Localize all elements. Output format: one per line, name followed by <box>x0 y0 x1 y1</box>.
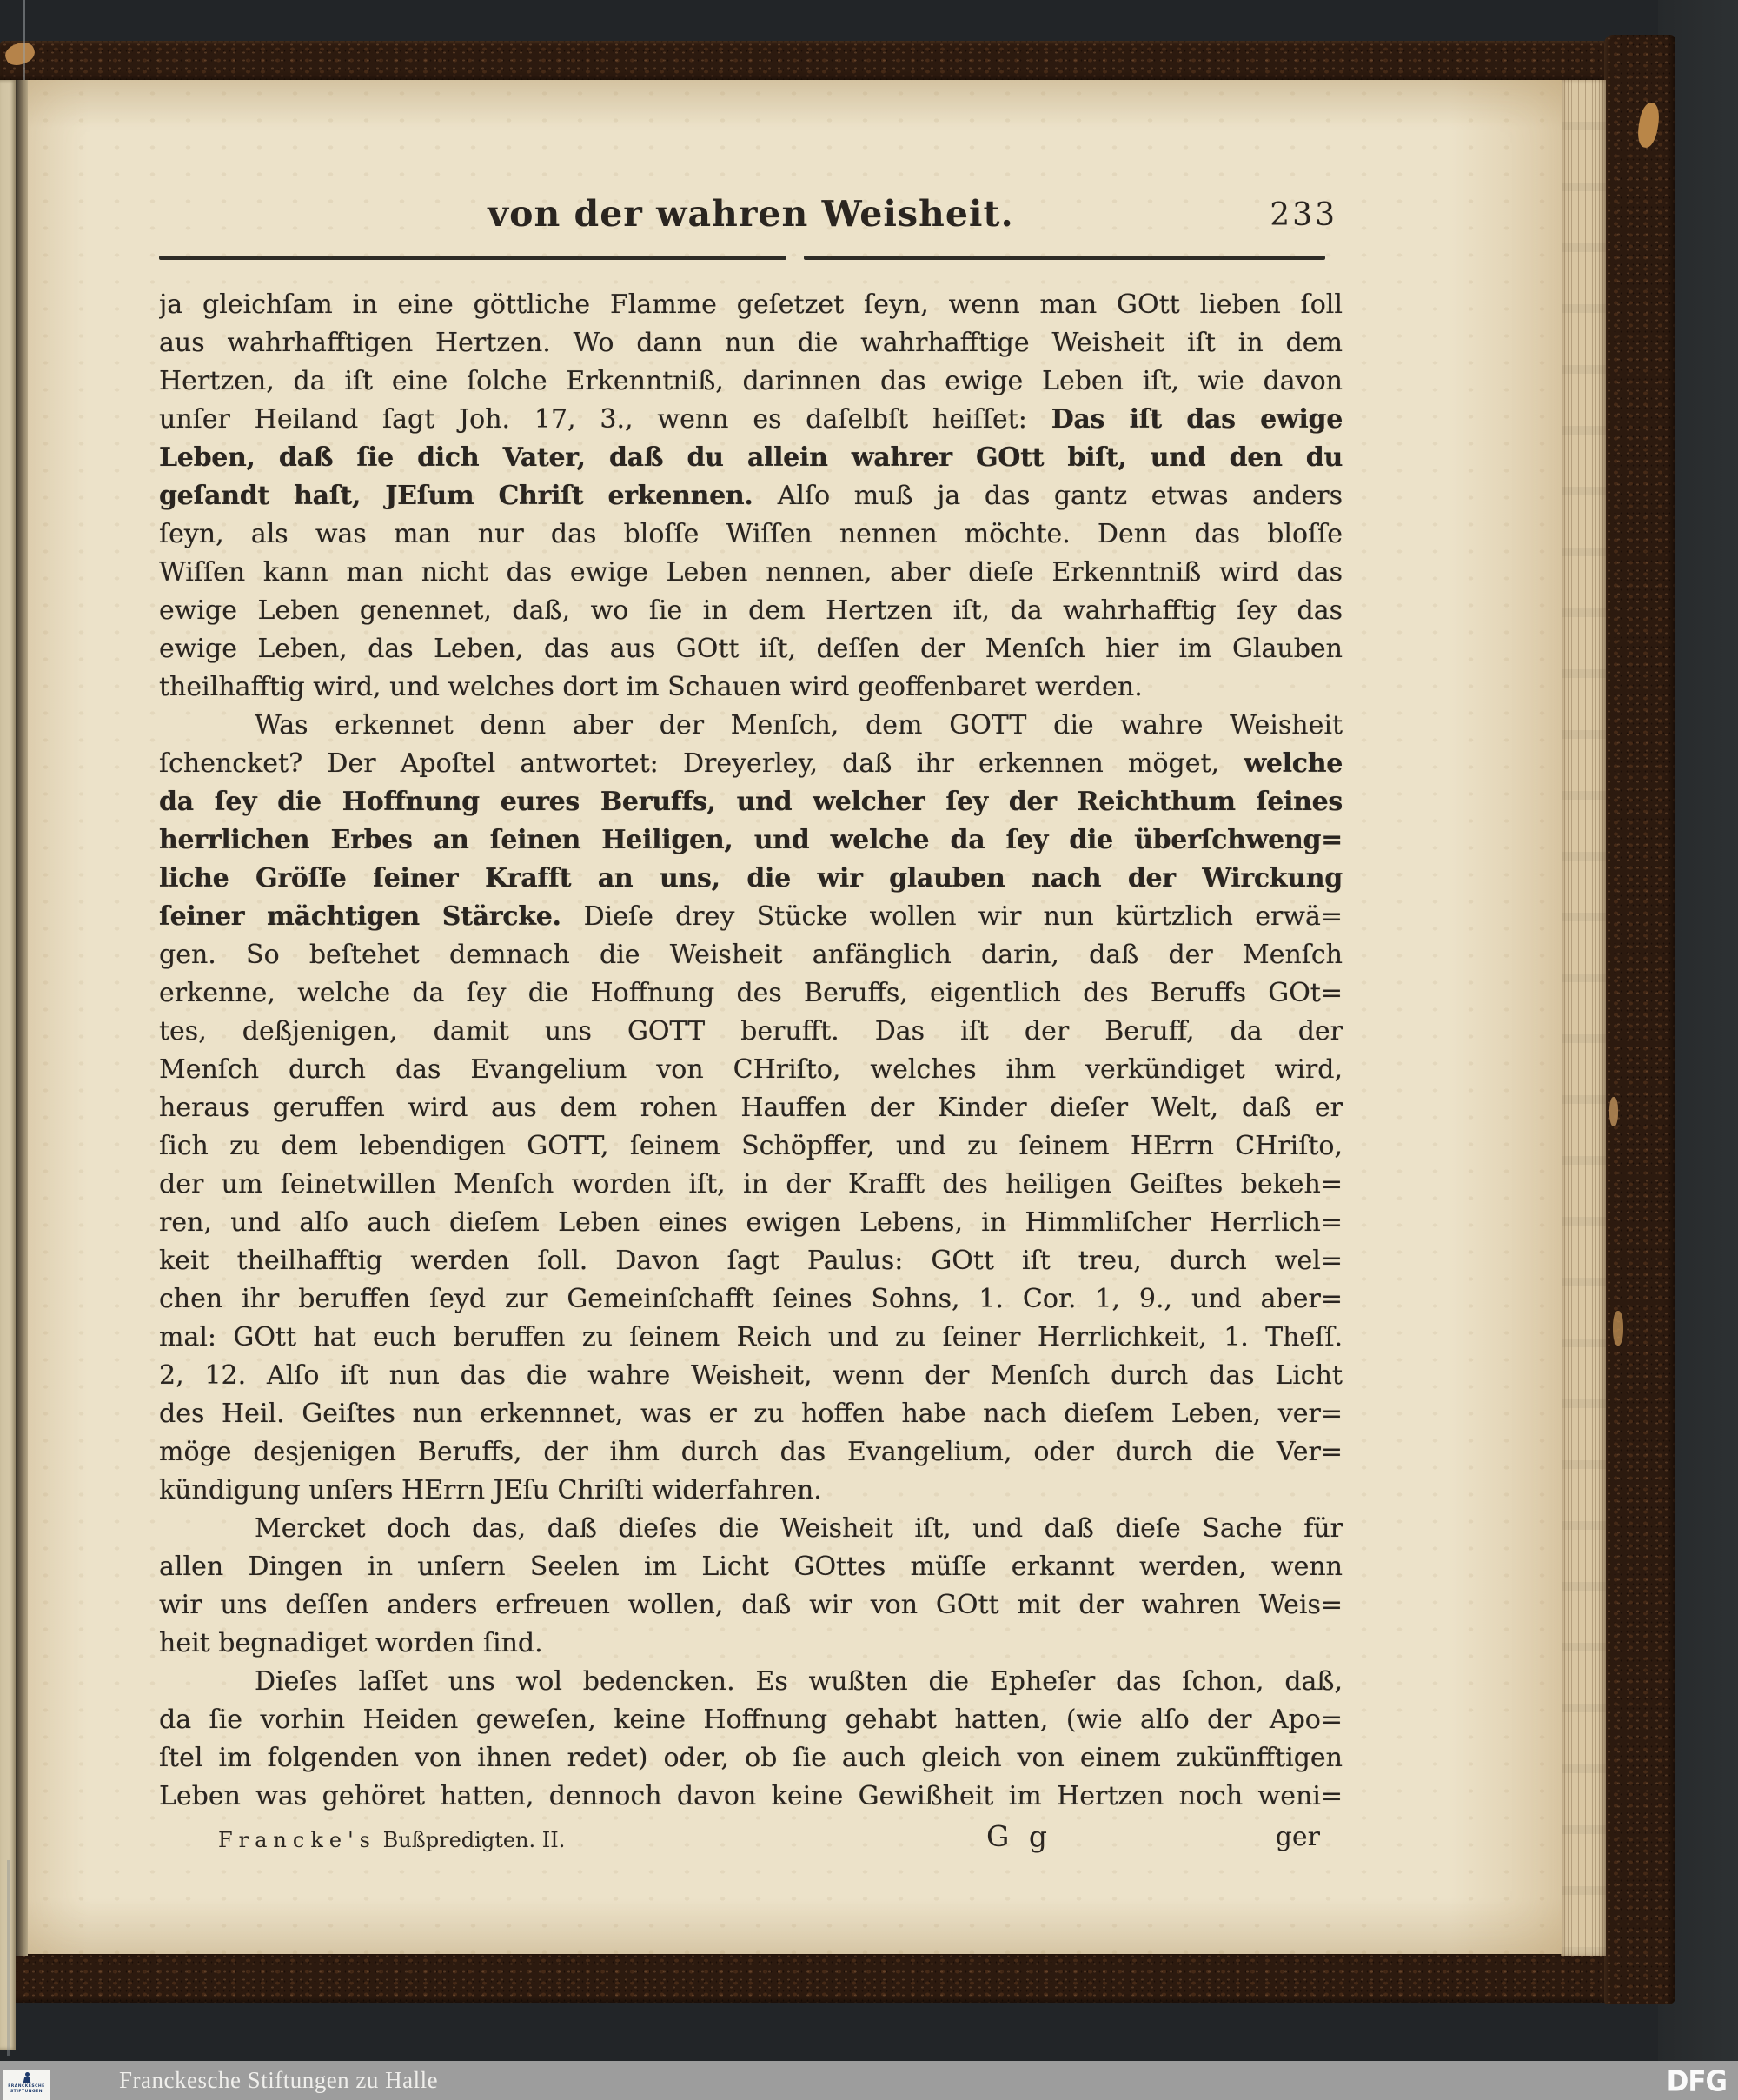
text-line: ren, und alſo auch dieſem Leben eines ew… <box>159 1204 1343 1242</box>
text-line: Mercket doch das, daß dieſes die Weishei… <box>159 1510 1343 1548</box>
text-line: 2, 12. Alſo iſt nun das die wahre Weishe… <box>159 1357 1343 1395</box>
facing-page-sliver <box>0 80 16 2050</box>
text-line: mal: GOtt hat euch beruffen zu ſeinem Re… <box>159 1319 1343 1357</box>
text-line: der um ſeinetwillen Menſch worden iſt, i… <box>159 1166 1343 1204</box>
institution-name: Franckesche Stiftungen zu Halle <box>119 2067 438 2094</box>
text-line: ſeyn, als was man nur das bloſſe Wiſſen … <box>159 515 1343 554</box>
text-line: ewige Leben genennet, daß, wo ſie in dem… <box>159 592 1343 630</box>
text-line: Menſch durch das Evangelium von CHriſto,… <box>159 1051 1343 1089</box>
book-page: von der wahren Weisheit. 233 ja gleichſa… <box>28 80 1562 1954</box>
text-line: allen Dingen in unſern Seelen im Licht G… <box>159 1548 1343 1586</box>
text-line: liche Gröſſe ſeiner Krafft an uns, die w… <box>159 860 1343 898</box>
text-line: gen. So beſtehet demnach die Weisheit an… <box>159 936 1343 974</box>
text-line: kündigung unſers HErrn JEſu Chriſti wide… <box>159 1472 1343 1510</box>
text-line: möge desjenigen Beruffs, der ihm durch d… <box>159 1433 1343 1472</box>
text-line: Dieſes laſſet uns wol bedencken. Es wußt… <box>159 1663 1343 1701</box>
series-signature: Francke's Bußpredigten. II. <box>218 1828 565 1852</box>
page-number: 233 <box>1270 197 1337 233</box>
series-title-spaced: Francke's <box>218 1828 376 1852</box>
text-line: unſer Heiland ſagt Joh. 17, 3., wenn es … <box>159 401 1343 439</box>
series-title-rest: Bußpredigten. II. <box>376 1828 565 1852</box>
leather-wear-mark <box>1609 1097 1618 1126</box>
text-line: ſtel im folgenden von ihnen redet) oder,… <box>159 1739 1343 1778</box>
text-line: geſandt haſt, JEſum Chriſt erkennen. Alſ… <box>159 477 1343 515</box>
text-line: herrlichen Erbes an ſeinen Heiligen, und… <box>159 821 1343 860</box>
text-line: erkenne, welche da ſey die Hoffnung des … <box>159 974 1343 1013</box>
text-line: da ſey die Hoffnung eures Beruffs, und w… <box>159 783 1343 821</box>
digitized-book-page-view: { "colors":{ "background":"#222528","pag… <box>0 0 1738 2100</box>
dfg-logo: DFG <box>1667 2065 1727 2098</box>
body-text: ja gleichſam in eine göttliche Flamme ge… <box>159 286 1343 1816</box>
text-line: ſchencket? Der Apoſtel antwortet: Dreyer… <box>159 745 1343 783</box>
text-line: Leben was gehöret hatten, dennoch davon … <box>159 1778 1343 1816</box>
page-footer: Francke's Bußpredigten. II. G g ger <box>159 1819 1343 1857</box>
text-line: des Heil. Geiſtes nun erkennnet, was er … <box>159 1395 1343 1433</box>
header-rule-segment <box>159 256 786 260</box>
institution-logo: FRANCKESCHE STIFTUNGEN <box>3 2070 50 2100</box>
page-block-fore-edge <box>1561 80 1606 1956</box>
page-heading: von der wahren Weisheit. <box>488 193 1013 235</box>
text-line: Hertzen, da iſt eine ſolche Erkenntniß, … <box>159 362 1343 401</box>
text-line: Wiſſen kann man nicht das ewige Leben ne… <box>159 554 1343 592</box>
scanner-glass-edge <box>7 1860 10 2056</box>
text-line: ja gleichſam in eine göttliche Flamme ge… <box>159 286 1343 324</box>
sheet-mark: G g <box>986 1819 1052 1853</box>
text-line: ewige Leben, das Leben, das aus GOtt iſt… <box>159 630 1343 668</box>
book-cover-top-edge <box>0 41 1667 82</box>
text-line: keit theilhafftig werden ſoll. Davon ſag… <box>159 1242 1343 1280</box>
catchword: ger <box>1276 1822 1320 1852</box>
text-line: tes, deßjenigen, damit uns GOTT berufft.… <box>159 1013 1343 1051</box>
gutter-shadow <box>16 80 28 1956</box>
text-line: da ſie vorhin Heiden geweſen, keine Hoff… <box>159 1701 1343 1739</box>
text-line: Was erkennet denn aber der Menſch, dem G… <box>159 707 1343 745</box>
scanner-glass-edge <box>23 0 25 80</box>
running-header: von der wahren Weisheit. 233 <box>159 193 1343 243</box>
viewer-attribution-bar: FRANCKESCHE STIFTUNGEN Franckesche Stift… <box>0 2061 1738 2100</box>
text-line: ſeiner mächtigen Stärcke. Dieſe drey Stü… <box>159 898 1343 936</box>
francke-foundations-figure-icon <box>22 2072 32 2084</box>
text-column: von der wahren Weisheit. 233 ja gleichſa… <box>159 193 1343 1857</box>
text-line: heraus geruffen wird aus dem rohen Hauff… <box>159 1089 1343 1127</box>
text-line: heit begnadiget worden ſind. <box>159 1625 1343 1663</box>
text-line: ſich zu dem lebendigen GOTT, ſeinem Schö… <box>159 1127 1343 1166</box>
book-cover-bottom-edge <box>0 1952 1663 2003</box>
leather-wear-mark <box>1613 1311 1623 1346</box>
text-line: chen ihr beruffen ſeyd zur Gemeinſchafft… <box>159 1280 1343 1319</box>
text-line: wir uns deſſen anders erfreuen wollen, d… <box>159 1586 1343 1625</box>
header-rule <box>159 256 1343 260</box>
header-rule-segment <box>804 256 1325 260</box>
book-cover-spine-right <box>1604 35 1675 2004</box>
text-line: aus wahrhafftigen Hertzen. Wo dann nun d… <box>159 324 1343 362</box>
text-line: theilhafftig wird, und welches dort im S… <box>159 668 1343 707</box>
institution-logo-text: FRANCKESCHE STIFTUNGEN <box>8 2084 45 2094</box>
text-line: Leben, daß ſie dich Vater, daß du allein… <box>159 439 1343 477</box>
